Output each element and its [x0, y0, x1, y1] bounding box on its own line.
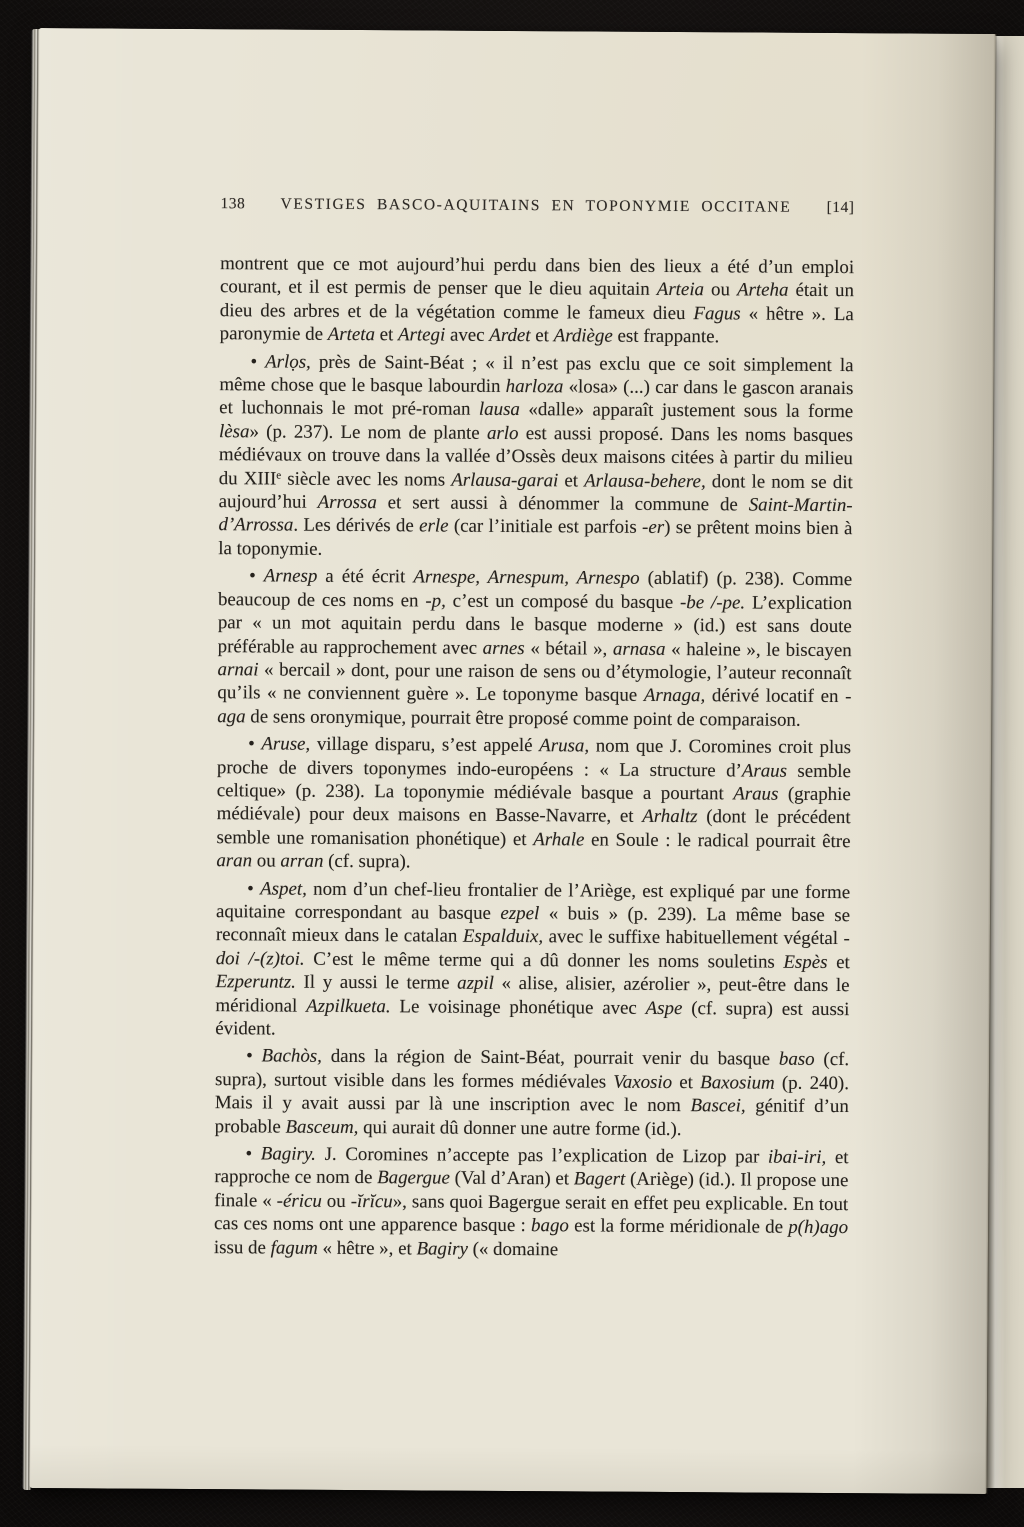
page-number: 138 — [220, 195, 245, 213]
photo-background: 138 VESTIGES BASCO-AQUITAINS EN TOPONYMI… — [0, 0, 1024, 1527]
column-reference: [14] — [827, 199, 855, 217]
paragraph: • Bachòs, dans la région de Saint-Béat, … — [215, 1045, 850, 1143]
paragraph: • Arlọs, près de Saint-Béat ; « il n’est… — [218, 350, 853, 565]
running-title: VESTIGES BASCO-AQUITAINS EN TOPONYMIE OC… — [245, 195, 827, 217]
paragraph: • Aspet, nom d’un chef-lieu frontalier d… — [215, 877, 850, 1045]
paragraph: • Bagiry. J. Coromines n’accepte pas l’e… — [214, 1142, 849, 1263]
book-page: 138 VESTIGES BASCO-AQUITAINS EN TOPONYMI… — [29, 28, 995, 1494]
running-head: 138 VESTIGES BASCO-AQUITAINS EN TOPONYMI… — [220, 195, 854, 217]
paragraph: montrent que ce mot aujourd’hui perdu da… — [220, 252, 855, 350]
paragraph: • Arnesp a été écrit Arnespe, Arnespum, … — [217, 564, 852, 732]
page-content: 138 VESTIGES BASCO-AQUITAINS EN TOPONYMI… — [29, 28, 995, 1494]
paragraph: • Aruse, village disparu, s’est appelé A… — [216, 732, 851, 876]
text-body: montrent que ce mot aujourd’hui perdu da… — [214, 252, 854, 1263]
